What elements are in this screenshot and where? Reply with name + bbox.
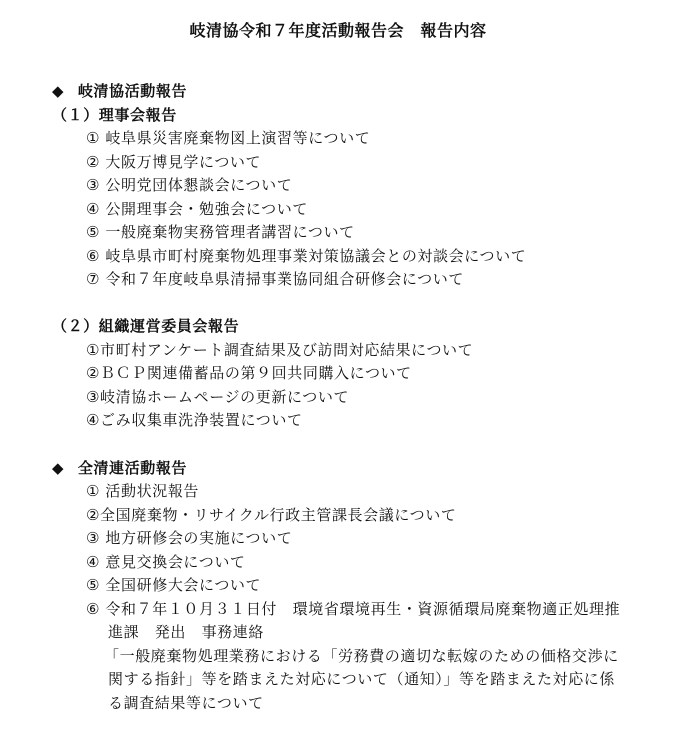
list-item: ③ 公明党団体懇談会について xyxy=(86,174,292,195)
section-heading-zenseiren: ◆ 全清連活動報告 xyxy=(52,457,187,478)
list-item: ⑥ 岐阜県市町村廃棄物処理事業対策協議会との対談会について xyxy=(86,245,526,266)
list-item-continuation: る調査結果等について xyxy=(108,692,264,713)
list-item-continuation: 進課 発出 事務連絡 xyxy=(108,621,264,642)
list-item: ② 大阪万博見学について xyxy=(86,151,261,172)
list-item: ②全国廃棄物・リサイクル行政主管課長会議について xyxy=(86,504,456,525)
list-item: ⑥ 令和７年１０月３１日付 環境省環境再生・資源循環局廃棄物適正処理推 xyxy=(86,598,620,619)
list-item: ③岐清協ホームページの更新について xyxy=(86,386,349,407)
document-title: 岐清協令和７年度活動報告会 報告内容 xyxy=(0,18,676,41)
list-item: ① 活動状況報告 xyxy=(86,480,199,501)
section-heading-label: 岐清協活動報告 xyxy=(78,82,187,100)
section-heading-gisei: ◆ 岐清協活動報告 xyxy=(52,80,187,101)
subsection-heading-org: （２）組織運営委員会報告 xyxy=(52,315,239,336)
list-item: ⑤ 全国研修大会について xyxy=(86,574,261,595)
section-heading-label: 全清連活動報告 xyxy=(78,459,187,477)
list-item: ①市町村アンケート調査結果及び訪問対応結果について xyxy=(86,339,473,360)
list-item: ④ごみ収集車洗浄装置について xyxy=(86,409,303,430)
subsection-heading-board: （１）理事会報告 xyxy=(52,104,177,125)
list-item: ⑤ 一般廃棄物実務管理者講習について xyxy=(86,221,355,242)
list-item: ④ 公開理事会・勉強会について xyxy=(86,198,308,219)
list-item: ① 岐阜県災害廃棄物図上演習等について xyxy=(86,127,370,148)
list-item: ②ＢＣＰ関連備蓄品の第９回共同購入について xyxy=(86,362,412,383)
diamond-bullet-icon: ◆ xyxy=(52,82,72,100)
list-item: ⑦ 令和７年度岐阜県清掃事業協同組合研修会について xyxy=(86,268,464,289)
list-item-continuation: 関する指針」等を踏まえた対応について（通知）」等を踏まえた対応に係 xyxy=(108,668,615,689)
list-item: ③ 地方研修会の実施について xyxy=(86,527,292,548)
diamond-bullet-icon: ◆ xyxy=(52,459,72,477)
list-item: ④ 意見交換会について xyxy=(86,551,246,572)
list-item-continuation: 「一般廃棄物処理業務における「労務費の適切な転嫁のための価格交渉に xyxy=(104,645,619,666)
